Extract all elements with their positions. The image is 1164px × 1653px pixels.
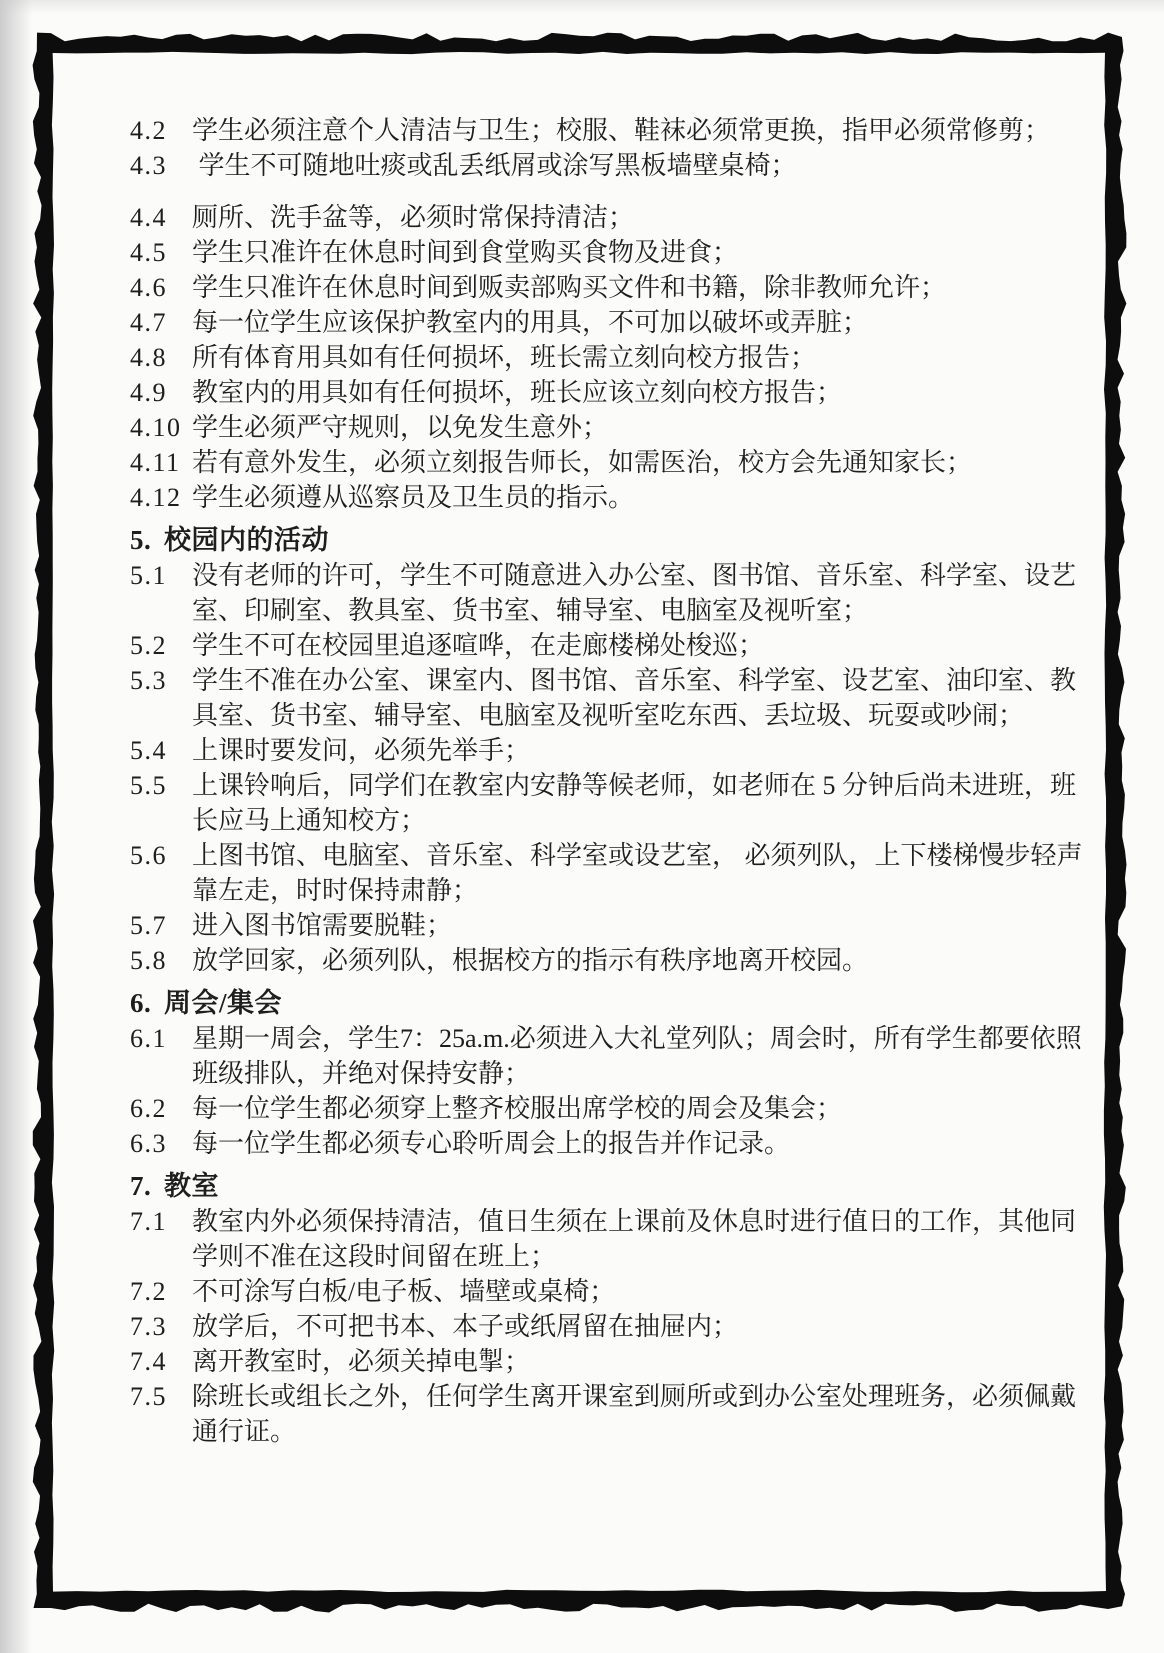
rule-text: 若有意外发生，必须立刻报告师长，如需医治，校方会先通知家长； xyxy=(192,445,972,480)
rules-section-2: 6.周会/集会6.1星期一周会，学生7：25a.m.必须进入大礼堂列队；周会时，… xyxy=(130,986,1059,1161)
rules-section-3: 7.教室7.1教室内外必须保持清洁，值日生须在上课前及休息时进行值日的工作，其他… xyxy=(130,1169,1059,1449)
rule-number: 4.11 xyxy=(130,445,192,480)
rule-item: 5.7进入图书馆需要脱鞋； xyxy=(130,908,1059,943)
rules-section-0: 4.2学生必须注意个人清洁与卫生；校服、鞋袜必须常更换，指甲必须常修剪；4.3 … xyxy=(130,113,1059,515)
section-number: 7. xyxy=(130,1169,164,1204)
rule-text: 放学后，不可把书本、本子或纸屑留在抽屉内； xyxy=(192,1309,738,1344)
rule-item: 7.4离开教室时，必须关掉电掣； xyxy=(130,1344,1059,1379)
rule-number: 4.8 xyxy=(130,340,192,375)
rule-number: 4.4 xyxy=(130,200,192,235)
rule-number: 7.5 xyxy=(130,1379,192,1449)
item-gap xyxy=(130,183,1059,200)
rule-item: 5.8放学回家，必须列队，根据校方的指示有秩序地离开校园。 xyxy=(130,943,1059,978)
rule-item: 4.2学生必须注意个人清洁与卫生；校服、鞋袜必须常更换，指甲必须常修剪； xyxy=(130,113,1059,148)
rule-text: 学生不准在办公室、课室内、图书馆、音乐室、科学室、设艺室、油印室、教 具室、货书… xyxy=(192,663,1076,733)
section-title: 教室 xyxy=(164,1169,219,1204)
rule-item: 7.2不可涂写白板/电子板、墙壁或桌椅； xyxy=(130,1274,1059,1309)
rule-item: 7.1教室内外必须保持清洁，值日生须在上课前及休息时进行值日的工作，其他同 学则… xyxy=(130,1204,1059,1274)
rule-text: 学生不可在校园里追逐喧哗，在走廊楼梯处梭巡； xyxy=(192,628,764,663)
rule-number: 6.3 xyxy=(130,1126,192,1161)
rule-text: 每一位学生都必须穿上整齐校服出席学校的周会及集会； xyxy=(192,1091,842,1126)
rules-content: 4.2学生必须注意个人清洁与卫生；校服、鞋袜必须常更换，指甲必须常修剪；4.3 … xyxy=(53,53,1105,1591)
section-heading: 5.校园内的活动 xyxy=(130,523,1059,558)
rule-text: 学生必须注意个人清洁与卫生；校服、鞋袜必须常更换，指甲必须常修剪； xyxy=(192,113,1050,148)
rule-text: 学生不可随地吐痰或乱丢纸屑或涂写黑板墙壁桌椅； xyxy=(192,148,797,183)
rule-item: 7.5除班长或组长之外，任何学生离开课室到厕所或到办公室处理班务，必须佩戴 通行… xyxy=(130,1379,1059,1449)
rule-item: 5.1没有老师的许可，学生不可随意进入办公室、图书馆、音乐室、科学室、设艺 室、… xyxy=(130,558,1059,628)
section-title: 校园内的活动 xyxy=(164,523,329,558)
rule-item: 4.8所有体育用具如有任何损坏，班长需立刻向校方报告； xyxy=(130,340,1059,375)
rule-number: 7.1 xyxy=(130,1204,192,1274)
rule-item: 5.5上课铃响后，同学们在教室内安静等候老师，如老师在 5 分钟后尚未进班，班 … xyxy=(130,768,1059,838)
document-page: 4.2学生必须注意个人清洁与卫生；校服、鞋袜必须常更换，指甲必须常修剪；4.3 … xyxy=(0,0,1164,1653)
section-heading: 6.周会/集会 xyxy=(130,986,1059,1021)
rule-item: 6.2每一位学生都必须穿上整齐校服出席学校的周会及集会； xyxy=(130,1091,1059,1126)
rule-text: 星期一周会，学生7：25a.m.必须进入大礼堂列队；周会时，所有学生都要依照 班… xyxy=(192,1021,1082,1091)
rule-number: 5.5 xyxy=(130,768,192,838)
rule-item: 5.6上图书馆、电脑室、音乐室、科学室或设艺室， 必须列队，上下楼梯慢步轻声 靠… xyxy=(130,838,1059,908)
rule-number: 7.3 xyxy=(130,1309,192,1344)
rule-number: 5.6 xyxy=(130,838,192,908)
rule-number: 4.9 xyxy=(130,375,192,410)
rule-item: 4.11若有意外发生，必须立刻报告师长，如需医治，校方会先通知家长； xyxy=(130,445,1059,480)
rule-number: 4.2 xyxy=(130,113,192,148)
rule-number: 4.3 xyxy=(130,148,192,183)
rule-item: 6.1星期一周会，学生7：25a.m.必须进入大礼堂列队；周会时，所有学生都要依… xyxy=(130,1021,1059,1091)
rule-text: 进入图书馆需要脱鞋； xyxy=(192,908,452,943)
rule-item: 4.3 学生不可随地吐痰或乱丢纸屑或涂写黑板墙壁桌椅； xyxy=(130,148,1059,183)
rule-number: 7.2 xyxy=(130,1274,192,1309)
rule-item: 4.5学生只准许在休息时间到食堂购买食物及进食； xyxy=(130,235,1059,270)
rule-text: 学生必须遵从巡察员及卫生员的指示。 xyxy=(192,480,634,515)
rule-number: 6.2 xyxy=(130,1091,192,1126)
rule-item: 5.4上课时要发问，必须先举手； xyxy=(130,733,1059,768)
rule-text: 厕所、洗手盆等，必须时常保持清洁； xyxy=(192,200,634,235)
rule-text: 每一位学生应该保护教室内的用具，不可加以破坏或弄脏； xyxy=(192,305,868,340)
rule-text: 教室内的用具如有任何损坏，班长应该立刻向校方报告； xyxy=(192,375,842,410)
rule-number: 5.1 xyxy=(130,558,192,628)
rule-item: 4.10学生必须严守规则，以免发生意外； xyxy=(130,410,1059,445)
rule-item: 4.7每一位学生应该保护教室内的用具，不可加以破坏或弄脏； xyxy=(130,305,1059,340)
rule-number: 4.7 xyxy=(130,305,192,340)
rule-text: 每一位学生都必须专心聆听周会上的报告并作记录。 xyxy=(192,1126,790,1161)
rule-text: 放学回家，必须列队，根据校方的指示有秩序地离开校园。 xyxy=(192,943,868,978)
rules-section-1: 5.校园内的活动5.1没有老师的许可，学生不可随意进入办公室、图书馆、音乐室、科… xyxy=(130,523,1059,978)
rule-text: 所有体育用具如有任何损坏，班长需立刻向校方报告； xyxy=(192,340,816,375)
rule-number: 4.12 xyxy=(130,480,192,515)
rule-text: 上图书馆、电脑室、音乐室、科学室或设艺室， 必须列队，上下楼梯慢步轻声 靠左走，… xyxy=(192,838,1083,908)
rule-number: 7.4 xyxy=(130,1344,192,1379)
rule-text: 上课时要发问，必须先举手； xyxy=(192,733,530,768)
rule-text: 学生只准许在休息时间到贩卖部购买文件和书籍，除非教师允许； xyxy=(192,270,946,305)
rule-text: 没有老师的许可，学生不可随意进入办公室、图书馆、音乐室、科学室、设艺 室、印刷室… xyxy=(192,558,1076,628)
rule-number: 5.2 xyxy=(130,628,192,663)
rule-item: 7.3放学后，不可把书本、本子或纸屑留在抽屉内； xyxy=(130,1309,1059,1344)
section-title: 周会/集会 xyxy=(164,986,282,1021)
rule-item: 4.12学生必须遵从巡察员及卫生员的指示。 xyxy=(130,480,1059,515)
section-heading: 7.教室 xyxy=(130,1169,1059,1204)
rule-text: 教室内外必须保持清洁，值日生须在上课前及休息时进行值日的工作，其他同 学则不准在… xyxy=(192,1204,1076,1274)
rule-number: 5.7 xyxy=(130,908,192,943)
rule-number: 5.3 xyxy=(130,663,192,733)
rule-item: 5.3学生不准在办公室、课室内、图书馆、音乐室、科学室、设艺室、油印室、教 具室… xyxy=(130,663,1059,733)
rule-item: 4.6学生只准许在休息时间到贩卖部购买文件和书籍，除非教师允许； xyxy=(130,270,1059,305)
rule-text: 学生必须严守规则，以免发生意外； xyxy=(192,410,608,445)
section-number: 5. xyxy=(130,523,164,558)
rule-item: 5.2学生不可在校园里追逐喧哗，在走廊楼梯处梭巡； xyxy=(130,628,1059,663)
rule-item: 4.9教室内的用具如有任何损坏，班长应该立刻向校方报告； xyxy=(130,375,1059,410)
rule-item: 4.4厕所、洗手盆等，必须时常保持清洁； xyxy=(130,200,1059,235)
rule-number: 4.5 xyxy=(130,235,192,270)
section-number: 6. xyxy=(130,986,164,1021)
rule-text: 离开教室时，必须关掉电掣； xyxy=(192,1344,530,1379)
rule-number: 4.6 xyxy=(130,270,192,305)
rule-number: 5.4 xyxy=(130,733,192,768)
rule-text: 学生只准许在休息时间到食堂购买食物及进食； xyxy=(192,235,738,270)
rule-number: 5.8 xyxy=(130,943,192,978)
rule-text: 不可涂写白板/电子板、墙壁或桌椅； xyxy=(192,1274,615,1309)
rule-number: 4.10 xyxy=(130,410,192,445)
rule-number: 6.1 xyxy=(130,1021,192,1091)
rule-text: 上课铃响后，同学们在教室内安静等候老师，如老师在 5 分钟后尚未进班，班 长应马… xyxy=(192,768,1076,838)
rule-item: 6.3每一位学生都必须专心聆听周会上的报告并作记录。 xyxy=(130,1126,1059,1161)
rule-text: 除班长或组长之外，任何学生离开课室到厕所或到办公室处理班务，必须佩戴 通行证。 xyxy=(192,1379,1076,1449)
